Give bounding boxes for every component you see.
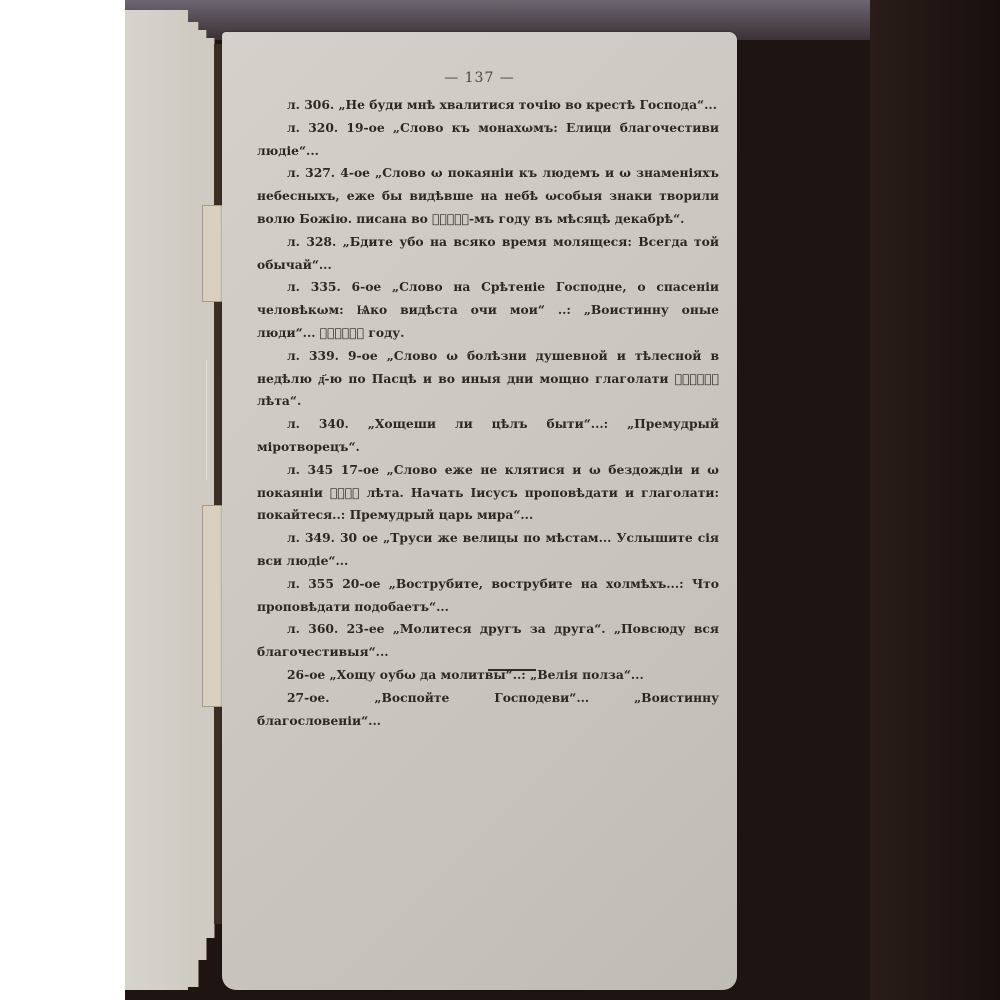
left-page-edge [125, 10, 188, 990]
page-number: — 137 — [222, 70, 737, 86]
section-divider [488, 669, 536, 671]
binding-thread [206, 360, 207, 480]
text-entry: л. 320. 19-ое „Слово къ монахωмъ: Елици … [257, 117, 719, 163]
background-margin [0, 0, 125, 1000]
background-table [870, 0, 1000, 1000]
text-entry: 26-ое „Хощу оубω да молитвы“..: „Велія п… [257, 664, 719, 687]
book-page: — 137 — л. 306. „Не буди мнѣ хвалитися т… [222, 32, 737, 990]
text-entry: л. 355 20-ое „Вострубите, вострубите на … [257, 573, 719, 619]
text-entry: л. 345 17-ое „Слово еже не клятися и ω б… [257, 459, 719, 527]
text-entry: л. 339. 9-ое „Слово ω болѣзни душевной и… [257, 345, 719, 413]
text-entry: л. 349. 30 ое „Труси же велицы по мѣстам… [257, 527, 719, 573]
text-entry: л. 306. „Не буди мнѣ хвалитися точію во … [257, 94, 719, 117]
page-text: л. 306. „Не буди мнѣ хвалитися точію во … [257, 94, 719, 732]
text-entry: л. 340. „Хощеши ли цѣлъ быти“...: „Прему… [257, 413, 719, 459]
text-entry: л. 360. 23-ее „Молитеся другъ за друга“.… [257, 618, 719, 664]
text-entry: л. 335. 6-ое „Слово на Срѣтеніе Господне… [257, 276, 719, 344]
text-entry: л. 327. 4-ое „Слово ω покаяніи къ людемъ… [257, 162, 719, 230]
text-entry: 27-ое. „Воспойте Господеви“... „Воистинн… [257, 687, 719, 733]
text-entry: л. 328. „Бдите убо на всяко время моляще… [257, 231, 719, 277]
